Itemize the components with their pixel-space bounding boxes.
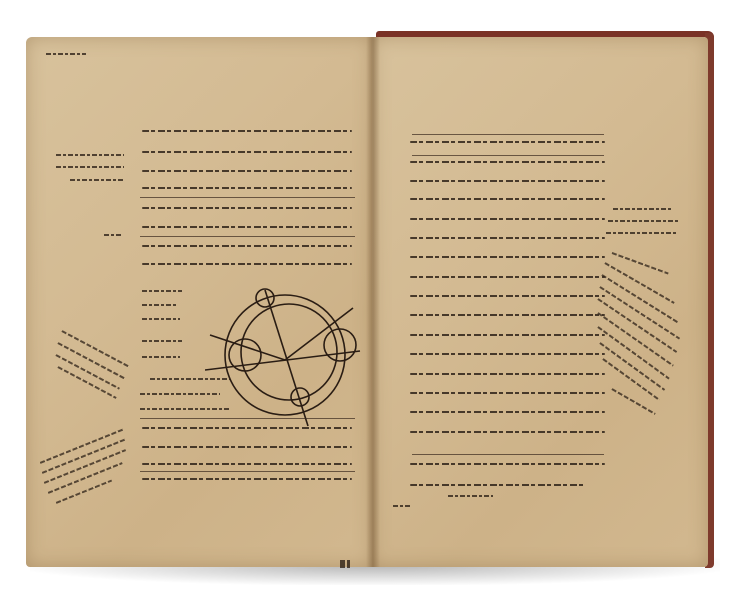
right-catchword [393,505,411,507]
book-gutter [366,37,380,567]
left-folio-mark [340,560,350,568]
right-page [372,37,708,567]
left-corner-note [46,53,86,55]
